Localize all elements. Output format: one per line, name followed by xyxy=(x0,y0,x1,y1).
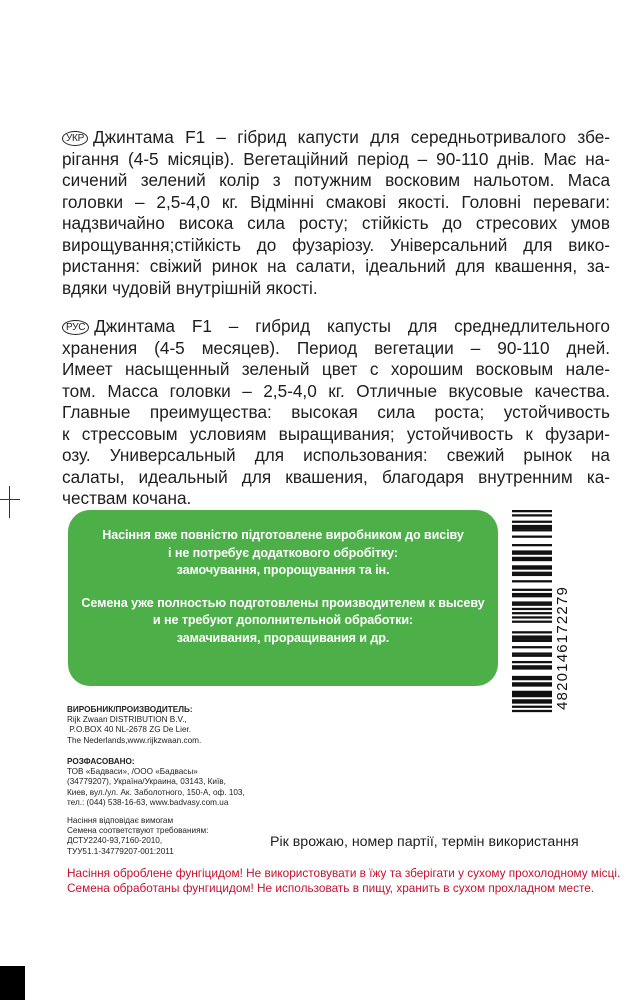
manufacturer-title: ВИРОБНИК/ПРОИЗВОДИТЕЛЬ: xyxy=(67,705,327,715)
print-mark-block xyxy=(0,966,25,1000)
description-line: к стрессовым условиям выращивания; устой… xyxy=(62,424,610,446)
language-badge-rus: РУС xyxy=(62,320,89,335)
description-line: вдяки чудовій внутрішній якості. xyxy=(62,278,610,300)
manufacturer-info: ВИРОБНИК/ПРОИЗВОДИТЕЛЬ: Rijk Zwaan DISTR… xyxy=(67,705,327,746)
description-line: вирощування;стійкість до фузаріозу. Унів… xyxy=(62,235,610,257)
packager-title: РОЗФАСОВАНО: xyxy=(67,757,327,767)
description-line: салаты, идеальный для квашения, благодар… xyxy=(62,467,610,489)
description-russian: РУСДжинтама F1 – гибрид капусты для сред… xyxy=(62,316,610,510)
description-line: хранения (4-5 месяцев). Период вегетации… xyxy=(62,338,610,360)
notice-russian: Семена уже полностью подготовлены произв… xyxy=(68,595,498,648)
description-line: УКРДжинтама F1 – гібрид капусти для сере… xyxy=(62,127,610,149)
description-line: Имеет насыщенный зеленый цвет с хорошим … xyxy=(62,359,610,381)
description-line: РУСДжинтама F1 – гибрид капусты для сред… xyxy=(62,316,610,338)
description-line: озу. Универсальный для использования: св… xyxy=(62,445,610,467)
description-line: надзвичайно висока сила росту; стійкість… xyxy=(62,213,610,235)
barcode: 4820146172279 xyxy=(510,508,572,716)
description-line: рігання (4-5 місяців). Вегетаційний пері… xyxy=(62,149,610,171)
description-line: Главные преимущества: высокая сила роста… xyxy=(62,402,610,424)
packager-info: РОЗФАСОВАНО: ТОВ «Бадваси», /ООО «Бадвас… xyxy=(67,757,327,808)
batch-info-label: Рік врожаю, номер партії, термін викорис… xyxy=(270,834,579,850)
seed-preparation-notice: Насіння вже повністю підготовлене виробн… xyxy=(68,510,498,686)
barcode-number: 4820146172279 xyxy=(554,586,571,710)
fungicide-warning: Насіння оброблене фунгіцидом! Не викорис… xyxy=(67,866,607,896)
description-line: сичений зелений колір з потужним воскови… xyxy=(62,170,610,192)
description-line: головки – 2,5-4,0 кг. Відмінні смакові я… xyxy=(62,192,610,214)
description-ukrainian: УКРДжинтама F1 – гібрид капусти для сере… xyxy=(62,127,610,299)
crop-mark-icon xyxy=(0,478,28,518)
language-badge-ukr: УКР xyxy=(62,131,88,146)
description-line: чествам кочана. xyxy=(62,488,610,510)
description-line: том. Масса головки – 2,5-4,0 кг. Отличны… xyxy=(62,381,610,403)
barcode-bars xyxy=(512,510,552,712)
notice-ukrainian: Насіння вже повністю підготовлене виробн… xyxy=(68,527,498,580)
description-line: ристання: свіжий ринок на салати, ідеаль… xyxy=(62,256,610,278)
